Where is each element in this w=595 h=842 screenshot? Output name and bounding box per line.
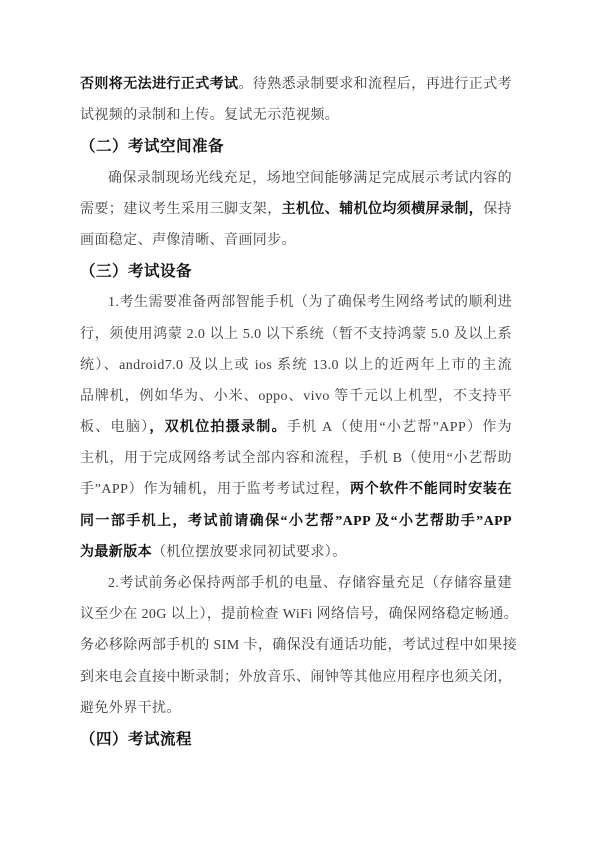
text-line: 品牌机，例如华为、小米、oppo、vivo 等千元以上机型，不支持平 bbox=[80, 381, 512, 412]
body-text-segment: 。待熟悉录制要求和流程后，再进行正式考 bbox=[238, 77, 512, 92]
text-line: 手”APP）作为辅机，用于监考考试过程，两个软件不能同时安装在 bbox=[80, 474, 512, 505]
text-line: 主机，用于完成网络考试全部内容和流程，手机 B（使用“小艺帮助 bbox=[80, 443, 512, 474]
body-text-segment: 板、电脑） bbox=[80, 420, 149, 435]
bold-text-segment: 同一部手机上，考试前请确保“小艺帮”APP 及“小艺帮助手”APP bbox=[80, 514, 512, 529]
text-line: 务必移除两部手机的 SIM 卡，确保没有通话功能，考试过程中如果接 bbox=[80, 630, 512, 661]
text-line: 1.考生需要准备两部智能手机（为了确保考生网络考试的顺利进 bbox=[80, 287, 512, 318]
bold-text-segment: （三）考试设备 bbox=[80, 263, 192, 280]
section-heading: （二）考试空间准备 bbox=[80, 131, 512, 162]
body-text-segment: 避免外界干扰。 bbox=[80, 701, 181, 716]
body-text-segment: 确保录制现场光线充足，场地空间能够满足完成展示考试内容的 bbox=[108, 171, 512, 186]
text-line: 议至少在 20G 以上），提前检查 WiFi 网络信号，确保网络稳定畅通。 bbox=[80, 599, 512, 630]
text-line: 为最新版本（机位摆放要求同初试要求）。 bbox=[80, 537, 512, 568]
text-line: 避免外界干扰。 bbox=[80, 693, 512, 724]
bold-text-segment: 两个软件不能同时安装在 bbox=[350, 482, 512, 497]
body-text-segment: 2.考试前务必保持两部手机的电量、存储容量充足（存储容量建 bbox=[108, 576, 512, 591]
body-text-segment: 品牌机，例如华为、小米、oppo、vivo 等千元以上机型，不支持平 bbox=[80, 389, 512, 404]
text-line: 到来电会直接中断录制；外放音乐、闹钟等其他应用程序也须关闭， bbox=[80, 662, 512, 693]
body-text-segment: 试视频的录制和上传。复试无示范视频。 bbox=[80, 108, 339, 123]
bold-text-segment: ，双机位拍摄录制。 bbox=[149, 420, 286, 435]
text-line: 画面稳定、声像清晰、音画同步。 bbox=[80, 225, 512, 256]
body-text-segment: 统）、android7.0 及以上或 ios 系统 13.0 以上的近两年上市的… bbox=[80, 358, 512, 373]
text-line: 行，须使用鸿蒙 2.0 以上 5.0 以下系统（暂不支持鸿蒙 5.0 及以上系 bbox=[80, 319, 512, 350]
text-line: 板、电脑），双机位拍摄录制。手机 A（使用“小艺帮”APP）作为 bbox=[80, 412, 512, 443]
text-line: 需要；建议考生采用三脚支架，主机位、辅机位均须横屏录制，保持 bbox=[80, 194, 512, 225]
body-text-segment: 保持 bbox=[483, 202, 512, 217]
section-heading: （四）考试流程 bbox=[80, 724, 512, 755]
bold-text-segment: （二）考试空间准备 bbox=[80, 138, 224, 155]
body-text-segment: 手机 A（使用“小艺帮”APP）作为 bbox=[287, 420, 512, 435]
text-line: 否则将无法进行正式考试。待熟悉录制要求和流程后，再进行正式考 bbox=[80, 69, 512, 100]
section-heading: （三）考试设备 bbox=[80, 256, 512, 287]
bold-text-segment: 为最新版本 bbox=[80, 545, 152, 560]
body-text-segment: 手”APP）作为辅机，用于监考考试过程， bbox=[80, 482, 350, 497]
text-line: 2.考试前务必保持两部手机的电量、存储容量充足（存储容量建 bbox=[80, 568, 512, 599]
body-text-segment: 主机，用于完成网络考试全部内容和流程，手机 B（使用“小艺帮助 bbox=[80, 451, 512, 466]
text-line: 同一部手机上，考试前请确保“小艺帮”APP 及“小艺帮助手”APP bbox=[80, 506, 512, 537]
body-text-segment: 到来电会直接中断录制；外放音乐、闹钟等其他应用程序也须关闭， bbox=[80, 670, 512, 685]
body-text-segment: 行，须使用鸿蒙 2.0 以上 5.0 以下系统（暂不支持鸿蒙 5.0 及以上系 bbox=[80, 327, 512, 342]
bold-text-segment: （四）考试流程 bbox=[80, 731, 192, 748]
document-page: 否则将无法进行正式考试。待熟悉录制要求和流程后，再进行正式考试视频的录制和上传。… bbox=[0, 0, 595, 842]
text-line: 确保录制现场光线充足，场地空间能够满足完成展示考试内容的 bbox=[80, 163, 512, 194]
bold-text-segment: 否则将无法进行正式考试 bbox=[80, 77, 238, 92]
body-text-segment: 需要；建议考生采用三脚支架， bbox=[80, 202, 282, 217]
document-body: 否则将无法进行正式考试。待熟悉录制要求和流程后，再进行正式考试视频的录制和上传。… bbox=[80, 69, 512, 755]
body-text-segment: 1.考生需要准备两部智能手机（为了确保考生网络考试的顺利进 bbox=[108, 295, 512, 310]
body-text-segment: 议至少在 20G 以上），提前检查 WiFi 网络信号，确保网络稳定畅通。 bbox=[80, 607, 518, 622]
text-line: 试视频的录制和上传。复试无示范视频。 bbox=[80, 100, 512, 131]
body-text-segment: 画面稳定、声像清晰、音画同步。 bbox=[80, 233, 296, 248]
text-line: 统）、android7.0 及以上或 ios 系统 13.0 以上的近两年上市的… bbox=[80, 350, 512, 381]
body-text-segment: （机位摆放要求同初试要求）。 bbox=[152, 545, 347, 560]
body-text-segment: 务必移除两部手机的 SIM 卡，确保没有通话功能，考试过程中如果接 bbox=[80, 638, 517, 653]
bold-text-segment: 主机位、辅机位均须横屏录制， bbox=[282, 202, 484, 217]
